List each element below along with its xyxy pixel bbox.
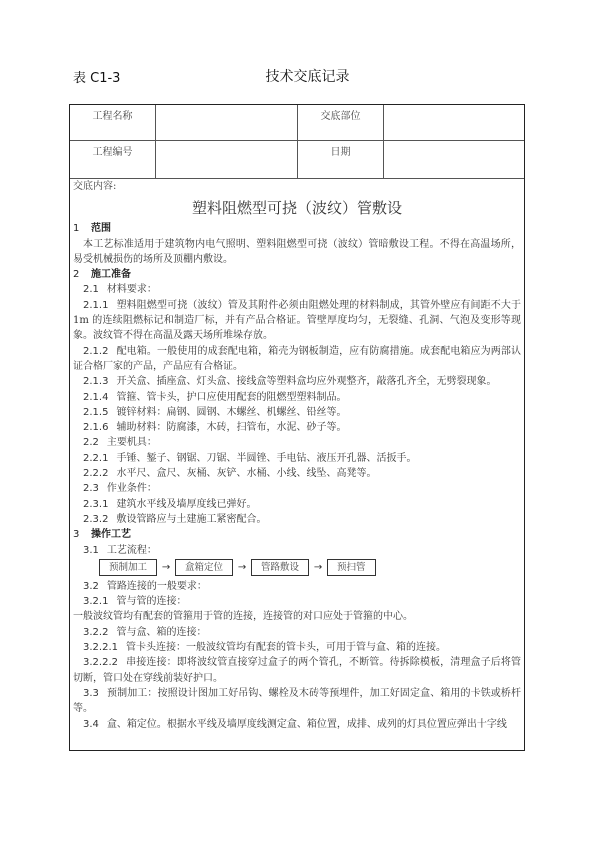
clause-2-1-4: 2.1.4管箍、管卡头，护口应使用配套的阻燃型塑料制品。 bbox=[73, 390, 521, 405]
clause-number: 2.1.5 bbox=[83, 407, 108, 418]
clause-text: 开关盒、插座盒、灯头盒、接线盒等塑料盒均应外观整齐，敲落孔齐全，无劈裂现象。 bbox=[116, 376, 496, 387]
arrow-right-icon: → bbox=[309, 560, 327, 575]
clause-number: 3.2.2.2 bbox=[83, 657, 118, 668]
clause-number: 2.1.2 bbox=[83, 346, 108, 357]
section-3-heading: 3操作工艺 bbox=[73, 527, 521, 542]
clause-3-2-1: 3.2.1管与管的连接： bbox=[73, 594, 521, 609]
clause-text: 水平尺、盒尺、灰桶、灰铲、水桶、小线、线坠、高凳等。 bbox=[116, 468, 376, 479]
clause-3-2-2: 3.2.2管与盒、箱的连接： bbox=[73, 625, 521, 640]
section-1-text: 本工艺标准适用于建筑物内电气照明、塑料阻燃型可挠（波纹）管暗敷设工程。不得在高温… bbox=[73, 237, 521, 268]
clause-number: 3.2.2 bbox=[83, 627, 108, 638]
clause-number: 2.1.6 bbox=[83, 422, 108, 433]
header-row-2: 工程编号 日期 bbox=[70, 141, 524, 179]
project-no-label: 工程编号 bbox=[70, 141, 156, 178]
clause-number: 2.3.2 bbox=[83, 514, 108, 525]
process-flow: 预制加工 → 盒箱定位 → 管路敷设 → 预扫管 bbox=[73, 559, 521, 576]
clause-number: 2.1.3 bbox=[83, 376, 108, 387]
section-2-heading: 2施工准备 bbox=[73, 267, 521, 282]
clause-text: 管路连接的一般要求： bbox=[107, 581, 207, 592]
date-field[interactable] bbox=[384, 141, 524, 178]
clause-number: 2.3 bbox=[83, 483, 99, 494]
clause-2-1: 2.1材料要求： bbox=[73, 282, 521, 297]
arrow-right-icon: → bbox=[233, 560, 251, 575]
section-number: 3 bbox=[73, 527, 91, 542]
clause-number: 2.2.2 bbox=[83, 468, 108, 479]
clause-text: 管与盒、箱的连接： bbox=[116, 627, 206, 638]
clause-text: 建筑水平线及墙厚度线已弹好。 bbox=[116, 499, 256, 510]
clause-3-2-2-2: 3.2.2.2串接连接：即将波纹管直接穿过盒子的两个管孔，不断管。待拆除模板，清… bbox=[73, 655, 521, 686]
content-label: 交底内容: bbox=[73, 179, 521, 194]
clause-3-4: 3.4盒、箱定位。根据水平线及墙厚度线测定盒、箱位置，成排、成列的灯具位置应弹出… bbox=[73, 717, 521, 732]
clause-2-1-3: 2.1.3开关盒、插座盒、灯头盒、接线盒等塑料盒均应外观整齐，敲落孔齐全，无劈裂… bbox=[73, 374, 521, 389]
clause-text: 手锤、錾子、钢锯、刀锯、半圆锉、手电钻、液压开孔器、活扳手。 bbox=[116, 453, 416, 464]
clause-text: 串接连接：即将波纹管直接穿过盒子的两个管孔，不断管。待拆除模板，清理盒子后将管切… bbox=[73, 657, 521, 683]
clause-text: 主要机具： bbox=[107, 437, 157, 448]
flow-step-pipe-laying: 管路敷设 bbox=[251, 559, 309, 576]
clause-2-1-6: 2.1.6辅助材料：防腐漆，木砖，扫管布，水泥、砂子等。 bbox=[73, 420, 521, 435]
content-subtitle: 塑料阻燃型可挠（波纹）管敷设 bbox=[73, 197, 521, 219]
location-field[interactable] bbox=[384, 105, 524, 140]
section-title: 操作工艺 bbox=[91, 529, 131, 540]
clause-text: 管与管的连接： bbox=[116, 596, 186, 607]
clause-number: 3.2 bbox=[83, 581, 99, 592]
clause-number: 3.2.1 bbox=[83, 596, 108, 607]
header-row-1: 工程名称 交底部位 bbox=[70, 105, 524, 141]
clause-2-1-2: 2.1.2配电箱。一般使用的成套配电箱，箱壳为钢板制造，应有防腐措施。成套配电箱… bbox=[73, 344, 521, 375]
clause-text: 塑料阻燃型可挠（波纹）管及其附件必须由阻燃处理的材料制成，其管外壁应有间距不大于… bbox=[73, 300, 521, 342]
location-label: 交底部位 bbox=[298, 105, 384, 140]
clause-number: 2.1 bbox=[83, 284, 99, 295]
clause-3-2-2-1: 3.2.2.1管卡头连接：一般波纹管均有配套的管卡头，可用于管与盒、箱的连接。 bbox=[73, 640, 521, 655]
clause-3-3: 3.3预制加工：按照设计图加工好吊钩、螺栓及木砖等预埋件，加工好固定盒、箱用的卡… bbox=[73, 686, 521, 717]
clause-2-2-1: 2.2.1手锤、錾子、钢锯、刀锯、半圆锉、手电钻、液压开孔器、活扳手。 bbox=[73, 451, 521, 466]
clause-text: 敷设管路应与土建施工紧密配合。 bbox=[116, 514, 266, 525]
clause-text: 预制加工：按照设计图加工好吊钩、螺栓及木砖等预埋件，加工好固定盒、箱用的卡铁或桥… bbox=[73, 688, 521, 714]
clause-3-2: 3.2管路连接的一般要求： bbox=[73, 579, 521, 594]
clause-text: 作业条件： bbox=[107, 483, 157, 494]
date-label: 日期 bbox=[298, 141, 384, 178]
clause-text: 配电箱。一般使用的成套配电箱，箱壳为钢板制造，应有防腐措施。成套配电箱应为两部认… bbox=[73, 346, 521, 372]
section-title: 施工准备 bbox=[91, 269, 131, 280]
clause-number: 2.2 bbox=[83, 437, 99, 448]
clause-3-1: 3.1工艺流程： bbox=[73, 543, 521, 558]
clause-text: 镀锌材料：扁钢、圆钢、木螺丝、机螺丝、铅丝等。 bbox=[116, 407, 346, 418]
flow-step-box-positioning: 盒箱定位 bbox=[175, 559, 233, 576]
flow-step-pre-sweep: 预扫管 bbox=[327, 559, 376, 576]
clause-number: 3.3 bbox=[83, 688, 99, 699]
clause-2-2: 2.2主要机具： bbox=[73, 435, 521, 450]
clause-2-3-1: 2.3.1建筑水平线及墙厚度线已弹好。 bbox=[73, 497, 521, 512]
clause-number: 3.2.2.1 bbox=[83, 642, 118, 653]
flow-step-prefabrication: 预制加工 bbox=[99, 559, 157, 576]
section-number: 1 bbox=[73, 221, 91, 236]
document-title: 技术交底记录 bbox=[0, 66, 595, 86]
clause-text: 盒、箱定位。根据水平线及墙厚度线测定盒、箱位置，成排、成列的灯具位置应弹出十字线 bbox=[107, 719, 507, 730]
section-title: 范围 bbox=[91, 223, 111, 234]
clause-2-3: 2.3作业条件： bbox=[73, 481, 521, 496]
clause-2-1-5: 2.1.5镀锌材料：扁钢、圆钢、木螺丝、机螺丝、铅丝等。 bbox=[73, 405, 521, 420]
clause-text: 管箍、管卡头，护口应使用配套的阻燃型塑料制品。 bbox=[116, 392, 346, 403]
clause-number: 2.3.1 bbox=[83, 499, 108, 510]
clause-text: 管卡头连接：一般波纹管均有配套的管卡头，可用于管与盒、箱的连接。 bbox=[126, 642, 446, 653]
section-number: 2 bbox=[73, 267, 91, 282]
clause-2-3-2: 2.3.2敷设管路应与土建施工紧密配合。 bbox=[73, 512, 521, 527]
arrow-right-icon: → bbox=[157, 560, 175, 575]
clause-number: 2.2.1 bbox=[83, 453, 108, 464]
clause-number: 2.1.4 bbox=[83, 392, 108, 403]
clause-number: 2.1.1 bbox=[83, 300, 108, 311]
section-1-heading: 1范围 bbox=[73, 221, 521, 236]
project-name-field[interactable] bbox=[156, 105, 298, 140]
clause-number: 3.4 bbox=[83, 719, 99, 730]
clause-text: 辅助材料：防腐漆，木砖，扫管布，水泥、砂子等。 bbox=[116, 422, 346, 433]
project-name-label: 工程名称 bbox=[70, 105, 156, 140]
clause-2-2-2: 2.2.2水平尺、盒尺、灰桶、灰铲、水桶、小线、线坠、高凳等。 bbox=[73, 466, 521, 481]
clause-text: 材料要求： bbox=[107, 284, 157, 295]
project-no-field[interactable] bbox=[156, 141, 298, 178]
disclosure-content: 交底内容: 塑料阻燃型可挠（波纹）管敷设 1范围 本工艺标准适用于建筑物内电气照… bbox=[70, 179, 524, 732]
clause-number: 3.1 bbox=[83, 545, 99, 556]
record-sheet: 工程名称 交底部位 工程编号 日期 交底内容: 塑料阻燃型可挠（波纹）管敷设 1… bbox=[69, 104, 525, 751]
clause-2-1-1: 2.1.1塑料阻燃型可挠（波纹）管及其附件必须由阻燃处理的材料制成，其管外壁应有… bbox=[73, 298, 521, 344]
clause-3-2-1-text: 一般波纹管均有配套的管箍用于管的连接，连接管的对口应处于管箍的中心。 bbox=[73, 609, 521, 624]
clause-text: 工艺流程： bbox=[107, 545, 157, 556]
